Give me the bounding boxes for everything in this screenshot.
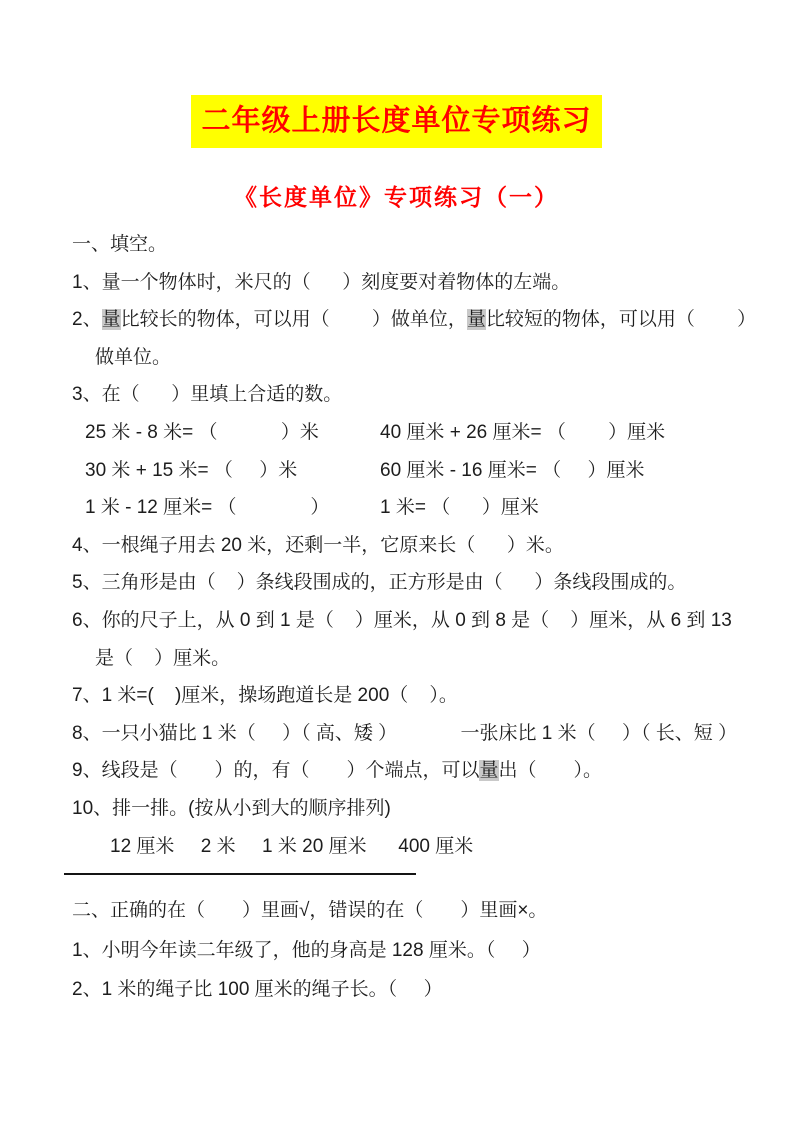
- equation-row-2: 30 米 + 15 米= （ ）米 60 厘米 - 16 厘米= （ ）厘米: [72, 452, 753, 490]
- text-fragment: 9、线段是（ ）的，有（ ）个端点，可以: [72, 760, 479, 781]
- question-2-continued: 做单位。: [72, 339, 753, 377]
- highlighted-char: 量: [479, 760, 498, 781]
- section-true-false: 二、正确的在（ ）里画√，错误的在（ ）里画×。 1、小明今年读二年级了，他的身…: [72, 891, 753, 1010]
- section-one-heading: 一、填空。: [72, 226, 753, 264]
- text-fragment: 出（ ）。: [499, 760, 602, 781]
- equation-row-3: 1 米 - 12 厘米= （ ） 1 米= （ ）厘米: [72, 489, 753, 527]
- highlighted-char: 量: [467, 309, 486, 330]
- equation-3-left: 1 米 - 12 厘米= （ ）: [85, 489, 380, 527]
- section-two-heading: 二、正确的在（ ）里画√，错误的在（ ）里画×。: [72, 891, 753, 931]
- question-10-items: 12 厘米 2 米 1 米 20 厘米 400 厘米: [72, 828, 753, 866]
- title-band: 二年级上册长度单位专项练习: [0, 0, 793, 148]
- question-6: 6、你的尺子上，从 0 到 1 是（ ）厘米，从 0 到 8 是（ ）厘米，从 …: [72, 602, 753, 640]
- equation-row-1: 25 米 - 8 米= （ ）米 40 厘米 + 26 厘米= （ ）厘米: [72, 414, 753, 452]
- question-3: 3、在（ ）里填上合适的数。: [72, 376, 753, 414]
- tf-question-1: 1、小明今年读二年级了，他的身高是 128 厘米。（ ）: [72, 931, 753, 971]
- equation-2-right: 60 厘米 - 16 厘米= （ ）厘米: [380, 452, 644, 490]
- question-2: 2、量比较长的物体，可以用（ ）做单位，量比较短的物体，可以用（ ）: [72, 301, 753, 339]
- highlighted-char: 量: [102, 309, 121, 330]
- text-fragment: 比较长的物体，可以用（ ）做单位，: [121, 309, 467, 330]
- tf-question-2: 2、1 米的绳子比 100 厘米的绳子长。（ ）: [72, 970, 753, 1010]
- answer-rule-line: [64, 873, 416, 875]
- equation-1-right: 40 厘米 + 26 厘米= （ ）厘米: [380, 414, 665, 452]
- question-7: 7、1 米=( )厘米，操场跑道长是 200（ ）。: [72, 677, 753, 715]
- section-fill-in-blanks: 一、填空。 1、量一个物体时，米尺的（ ）刻度要对着物体的左端。 2、量比较长的…: [72, 226, 753, 865]
- equation-2-left: 30 米 + 15 米= （ ）米: [85, 452, 380, 490]
- worksheet-page: 二年级上册长度单位专项练习 《长度单位》专项练习（一） 一、填空。 1、量一个物…: [0, 0, 793, 1122]
- question-1: 1、量一个物体时，米尺的（ ）刻度要对着物体的左端。: [72, 264, 753, 302]
- question-10: 10、排一排。(按从小到大的顺序排列): [72, 790, 753, 828]
- equation-3-right: 1 米= （ ）厘米: [380, 489, 539, 527]
- text-fragment: 2、: [72, 309, 102, 330]
- text-fragment: 比较短的物体，可以用（ ）: [486, 309, 756, 330]
- equation-1-left: 25 米 - 8 米= （ ）米: [85, 414, 380, 452]
- question-9: 9、线段是（ ）的，有（ ）个端点，可以量出（ ）。: [72, 752, 753, 790]
- question-8: 8、一只小猫比 1 米（ ）（ 高、矮 ） 一张床比 1 米（ ）（ 长、短 ）: [72, 715, 753, 753]
- question-5: 5、三角形是由（ ）条线段围成的，正方形是由（ ）条线段围成的。: [72, 564, 753, 602]
- question-6-continued: 是（ ）厘米。: [72, 640, 753, 678]
- worksheet-title: 二年级上册长度单位专项练习: [191, 95, 601, 148]
- question-4: 4、一根绳子用去 20 米，还剩一半，它原来长（ ）米。: [72, 527, 753, 565]
- worksheet-body: 一、填空。 1、量一个物体时，米尺的（ ）刻度要对着物体的左端。 2、量比较长的…: [0, 226, 793, 1010]
- worksheet-subtitle: 《长度单位》专项练习（一）: [0, 182, 793, 212]
